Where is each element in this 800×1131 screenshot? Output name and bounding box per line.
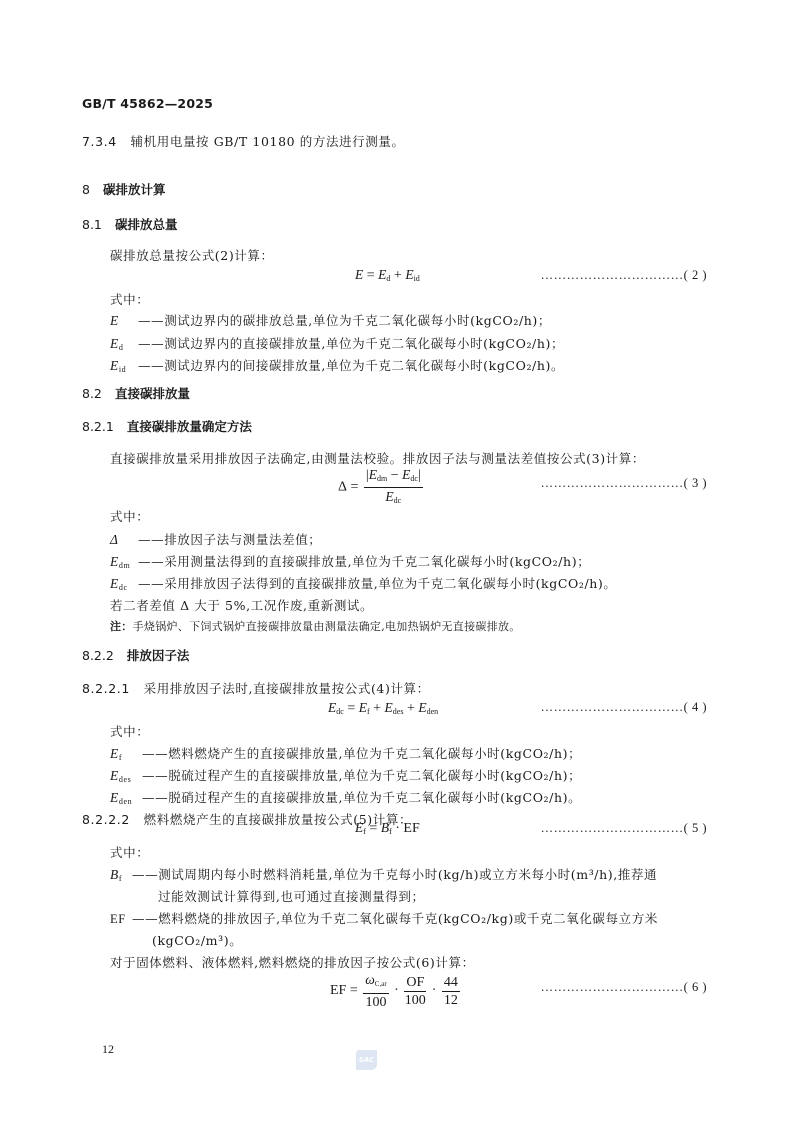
symbol-letter: E [110, 576, 119, 591]
where-label: 式中： [110, 843, 149, 861]
definition-text: ——排放因子法与测量法差值； [138, 532, 321, 547]
section-number: 8 [82, 182, 90, 197]
definition-row: Ed——测试边界内的直接碳排放量,单位为千克二氧化碳每小时(kgCO₂/h)； [110, 334, 564, 352]
symbol: E [355, 267, 363, 282]
definition-row: Edm——采用测量法得到的直接碳排放量,单位为千克二氧化碳每小时(kgCO₂/h… [110, 552, 590, 570]
definition-continuation: 过能效测试计算得到,也可通过直接测量得到； [158, 887, 425, 905]
denominator: 100 [363, 994, 388, 1010]
subscript: C,ar [375, 980, 387, 988]
symbol: E [355, 820, 363, 835]
symbol: EF [110, 912, 132, 927]
note-label: 注： [110, 620, 133, 633]
symbol-letter: E [110, 336, 119, 351]
subscript: dc [336, 707, 344, 716]
symbol-letter: B [110, 867, 119, 882]
symbol: E [369, 467, 377, 482]
clause-8-2-2-1: 8.2.2.1 采用排放因子法时,直接碳排放量按公式(4)计算： [82, 679, 430, 697]
definition-text: ——测试边界内的碳排放总量,单位为千克二氧化碳每小时(kgCO₂/h)； [138, 313, 551, 328]
definition-row: Ef——燃料燃烧产生的直接碳排放量,单位为千克二氧化碳每小时(kgCO₂/h)； [110, 744, 581, 762]
clause-number: 8.2.2.2 [82, 812, 130, 827]
definition-text: ——燃料燃烧的排放因子,单位为千克二氧化碳每千克(kgCO₂/kg)或千克二氧化… [132, 911, 658, 926]
symbol: Ef [110, 746, 142, 762]
definition-row: Edes——脱硫过程产生的直接碳排放量,单位为千克二氧化碳每小时(kgCO₂/h… [110, 766, 581, 784]
paragraph: 对于固体燃料、液体燃料,燃料燃烧的排放因子按公式(6)计算： [110, 953, 475, 971]
subscript: f [119, 874, 122, 883]
operator: = [346, 983, 361, 998]
section-8-2-1-heading: 8.2.1 直接碳排放量确定方法 [82, 417, 252, 435]
symbol-letter: E [110, 790, 119, 805]
definition-row: EF——燃料燃烧的排放因子,单位为千克二氧化碳每千克(kgCO₂/kg)或千克二… [110, 909, 658, 927]
equation-number-2: ……………………………( 2 ) [541, 268, 707, 283]
operator: = [363, 268, 378, 283]
operator: = [344, 701, 359, 716]
subscript: dm [119, 561, 130, 570]
symbol: Δ [110, 532, 138, 548]
where-label: 式中： [110, 290, 149, 308]
paragraph: 直接碳排放量采用排放因子法确定,由测量法校验。排放因子法与测量法差值按公式(3)… [110, 449, 645, 467]
fraction: OF100 [404, 975, 426, 1008]
definition-text: ——脱硫过程产生的直接碳排放量,单位为千克二氧化碳每小时(kgCO₂/h)； [142, 768, 581, 783]
denominator: 12 [442, 992, 460, 1008]
clause-number: 8.2.2.1 [82, 681, 130, 696]
formula-2: E = Ed + Eid [355, 267, 420, 284]
symbol-letter: E [110, 768, 119, 783]
section-title: 排放因子法 [127, 648, 190, 663]
equation-number-4: ……………………………( 4 ) [541, 700, 707, 715]
definition-text: ——脱硝过程产生的直接碳排放量,单位为千克二氧化碳每小时(kgCO₂/h)。 [142, 790, 581, 805]
fraction: ωC,ar100 [363, 972, 388, 1010]
symbol-letter: E [110, 554, 119, 569]
symbol: Eid [110, 358, 138, 374]
symbol: Ed [110, 336, 138, 352]
subscript: dc [119, 583, 128, 592]
symbol: ω [365, 972, 375, 987]
subscript: dc [394, 496, 402, 505]
numerator: |Edm − Edc| [364, 467, 423, 488]
symbol: Edc [110, 576, 138, 592]
operator: − [387, 468, 402, 483]
subscript: des [119, 775, 131, 784]
equation-number-5: ……………………………( 5 ) [541, 821, 707, 836]
operator: = [347, 480, 362, 495]
section-number: 8.2 [82, 386, 102, 401]
symbol-letter: Δ [110, 532, 119, 547]
clause-number: 7.3.4 [82, 134, 117, 149]
operator: · [392, 821, 404, 836]
subscript: f [119, 753, 122, 762]
page-number: 12 [102, 1042, 114, 1057]
fraction: |Edm − Edc|Edc [364, 467, 423, 508]
section-8-1-heading: 8.1 碳排放总量 [82, 215, 177, 233]
definition-row: E——测试边界内的碳排放总量,单位为千克二氧化碳每小时(kgCO₂/h)； [110, 311, 551, 329]
operator: · [391, 983, 403, 998]
where-label: 式中： [110, 507, 149, 525]
symbol: Bf [110, 867, 132, 883]
equation-number-3: ……………………………( 3 ) [541, 476, 707, 491]
standard-header: GB/T 45862—2025 [82, 96, 213, 111]
operator: + [370, 701, 385, 716]
where-label: 式中： [110, 722, 149, 740]
operator: + [390, 268, 405, 283]
symbol: E [385, 700, 393, 715]
symbol: E [405, 267, 413, 282]
section-number: 8.2.2 [82, 648, 114, 663]
subscript: den [119, 797, 132, 806]
definition-text: ——测试边界内的间接碳排放量,单位为千克二氧化碳每小时(kgCO₂/h)。 [138, 358, 564, 373]
subscript: d [119, 343, 124, 352]
symbol: E [418, 700, 426, 715]
denominator: Edc [364, 488, 423, 508]
section-title: 直接碳排放量 [115, 386, 190, 401]
clause-7-3-4: 7.3.4 辅机用电量按 GB/T 10180 的方法进行测量。 [82, 132, 405, 150]
definition-text: ——测试边界内的直接碳排放量,单位为千克二氧化碳每小时(kgCO₂/h)； [138, 336, 564, 351]
note-text: 手烧锅炉、下饲式锅炉直接碳排放量由测量法确定,电加热锅炉无直接碳排放。 [133, 620, 521, 633]
definition-text: ——测试周期内每小时燃料消耗量,单位为千克每小时(kg/h)或立方米每小时(m³… [132, 867, 657, 882]
abs-bar: | [418, 468, 421, 483]
subscript: den [427, 707, 439, 716]
numerator: 44 [442, 975, 460, 992]
symbol: EF [403, 821, 419, 836]
definition-row: Edc——采用排放因子法得到的直接碳排放量,单位为千克二氧化碳每小时(kgCO₂… [110, 574, 617, 592]
symbol: B [381, 820, 389, 835]
definition-text: ——燃料燃烧产生的直接碳排放量,单位为千克二氧化碳每小时(kgCO₂/h)； [142, 746, 581, 761]
section-title: 碳排放计算 [103, 182, 166, 197]
subscript: id [414, 274, 420, 283]
numerator: ωC,ar [363, 972, 388, 994]
symbol: Edes [110, 768, 142, 784]
symbol: Δ [338, 480, 347, 495]
definition-continuation: (kgCO₂/m³)。 [152, 931, 242, 949]
clause-text: 辅机用电量按 GB/T 10180 的方法进行测量。 [131, 134, 405, 149]
section-title: 碳排放总量 [115, 217, 178, 232]
denominator: 100 [404, 992, 426, 1008]
subscript: des [393, 707, 404, 716]
symbol: E [328, 700, 336, 715]
symbol-letter: E [110, 313, 119, 328]
paragraph: 碳排放总量按公式(2)计算： [110, 246, 274, 264]
symbol: Edm [110, 554, 138, 570]
note: 注：手烧锅炉、下饲式锅炉直接碳排放量由测量法确定,电加热锅炉无直接碳排放。 [110, 618, 521, 634]
condition-text: 若二者差值 Δ 大于 5%,工况作废,重新测试。 [110, 596, 373, 614]
section-8-heading: 8 碳排放计算 [82, 180, 166, 198]
definition-row: Δ——排放因子法与测量法差值； [110, 530, 321, 548]
formula-6: EF = ωC,ar100 · OF100 · 4412 [330, 972, 462, 1010]
definition-row: Eden——脱硝过程产生的直接碳排放量,单位为千克二氧化碳每小时(kgCO₂/h… [110, 788, 581, 806]
definition-text: ——采用测量法得到的直接碳排放量,单位为千克二氧化碳每小时(kgCO₂/h)； [138, 554, 590, 569]
definition-text: ——采用排放因子法得到的直接碳排放量,单位为千克二氧化碳每小时(kgCO₂/h)… [138, 576, 617, 591]
section-title: 直接碳排放量确定方法 [127, 419, 252, 434]
section-number: 8.2.1 [82, 419, 114, 434]
symbol-letter: E [110, 358, 119, 373]
symbol-letter: E [110, 746, 119, 761]
section-8-2-2-heading: 8.2.2 排放因子法 [82, 646, 189, 664]
formula-5: Ef = Bf · EF [355, 820, 420, 837]
symbol: EF [330, 983, 346, 998]
operator: + [403, 701, 418, 716]
fraction: 4412 [442, 975, 460, 1008]
definition-row: Bf——测试周期内每小时燃料消耗量,单位为千克每小时(kg/h)或立方米每小时(… [110, 865, 657, 883]
clause-text: 采用排放因子法时,直接碳排放量按公式(4)计算： [144, 681, 430, 696]
section-number: 8.1 [82, 217, 102, 232]
subscript: dc [410, 474, 418, 483]
symbol: Eden [110, 790, 142, 806]
numerator: OF [404, 975, 426, 992]
symbol: E [359, 700, 367, 715]
equation-number-6: ……………………………( 6 ) [541, 980, 707, 995]
formula-3: Δ = |Edm − Edc|Edc [338, 467, 425, 508]
operator: · [428, 983, 440, 998]
operator: = [366, 821, 381, 836]
formula-4: Edc = Ef + Edes + Eden [328, 700, 438, 717]
symbol: E [385, 489, 393, 504]
section-8-2-heading: 8.2 直接碳排放量 [82, 384, 190, 402]
subscript: id [119, 365, 126, 374]
symbol: E [110, 313, 138, 329]
definition-row: Eid——测试边界内的间接碳排放量,单位为千克二氧化碳每小时(kgCO₂/h)。 [110, 356, 564, 374]
sac-logo-icon: SAC [356, 1050, 377, 1070]
subscript: dm [377, 474, 387, 483]
